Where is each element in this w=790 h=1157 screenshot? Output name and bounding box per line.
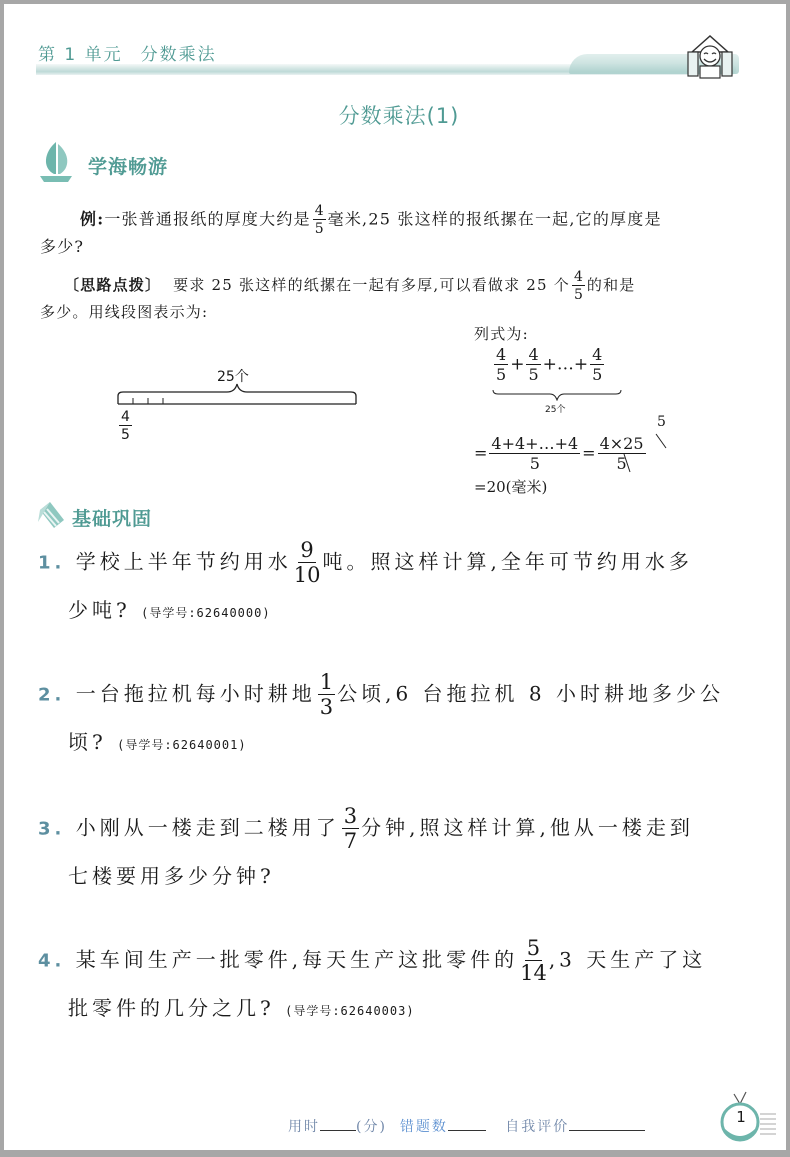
section-title-explore: 学海畅游 <box>88 152 168 179</box>
hint-label: 〔思路点拨〕 <box>64 276 161 294</box>
unit-topic: 分数乘法 <box>141 45 217 65</box>
equals-sign: = <box>474 444 487 463</box>
question-4: 4. 某车间生产一批零件,每天生产这批零件的514,3 天生产了这 批零件的几分… <box>38 938 706 1021</box>
hint-text: 的和是 <box>587 276 636 294</box>
time-label: 用时 <box>288 1119 320 1135</box>
underbrace-label: 25个 <box>545 402 565 415</box>
line-segment-diagram: 25个 45 <box>117 366 357 446</box>
fraction-denominator: 5 <box>121 426 130 442</box>
question-text: 顷? <box>68 730 107 754</box>
fraction: 45 <box>590 347 604 383</box>
formula-label: 列式为: <box>474 324 529 344</box>
fraction-numerator: 4 <box>590 347 604 365</box>
fraction-denominator: 3 <box>320 695 333 718</box>
time-unit: (分) <box>356 1119 387 1135</box>
example-line-1: 例:一张普通报纸的厚度大约是45毫米,25 张这样的报纸摞在一起,它的厚度是 <box>80 204 662 236</box>
example-label: 例: <box>80 210 104 229</box>
ellipsis: … <box>557 355 574 375</box>
question-line-2: 少吨? (导学号:62640000) <box>68 594 693 623</box>
equals-sign: = <box>582 444 595 463</box>
brace-and-segment <box>117 382 357 406</box>
lesson-title: 分数乘法(1) <box>4 100 790 130</box>
fraction: 514 <box>520 938 547 984</box>
example-text: 毫米,25 张这样的报纸摞在一起,它的厚度是 <box>328 210 662 229</box>
question-text: 学校上半年节约用水 <box>76 550 292 574</box>
question-line-1: 2. 一台拖拉机每小时耕地13公顷,6 台拖拉机 8 小时耕地多少公 <box>38 672 724 718</box>
fraction-denominator: 5 <box>528 365 538 383</box>
fraction-denominator: 5 <box>530 454 540 472</box>
question-line-1: 3. 小刚从一楼走到二楼用了37分钟,照这样计算,他从一楼走到 <box>38 806 694 852</box>
question-line-2: 批零件的几分之几? (导学号:62640003) <box>68 992 706 1021</box>
fraction-denominator: 14 <box>520 961 547 984</box>
guide-number: (导学号:62640003) <box>285 1004 414 1018</box>
cancel-strokes <box>616 428 676 474</box>
hint-line-1: 〔思路点拨〕 要求 25 张这样的纸摞在一起有多厚,可以看做求 25 个45的和… <box>64 270 636 302</box>
fraction: 13 <box>318 672 335 718</box>
fraction-denominator: 5 <box>496 365 506 383</box>
fraction-numerator: 1 <box>318 672 335 695</box>
question-text: 某车间生产一批零件,每天生产这批零件的 <box>76 948 518 972</box>
fraction-denominator: 5 <box>315 220 324 236</box>
errors-blank[interactable] <box>448 1118 486 1131</box>
guide-number: (导学号:62640000) <box>141 606 270 620</box>
question-text: 小刚从一楼走到二楼用了 <box>76 816 340 840</box>
time-blank[interactable] <box>320 1118 356 1131</box>
question-text: 批零件的几分之几? <box>68 996 275 1020</box>
self-eval-label: 自我评价 <box>505 1119 569 1135</box>
fraction: 45 <box>572 270 585 302</box>
guide-number: (导学号:62640001) <box>117 738 246 752</box>
question-1: 1. 学校上半年节约用水910吨。照这样计算,全年可节约用水多 少吨? (导学号… <box>38 540 693 623</box>
plus-sign: + <box>510 355 524 375</box>
question-number: 2. <box>38 685 65 706</box>
question-text: 七楼要用多少分钟? <box>68 864 275 888</box>
fraction: 45 <box>526 347 540 383</box>
example-line-2: 多少? <box>40 237 84 257</box>
hint-text: 要求 25 张这样的纸摞在一起有多厚,可以看做求 25 个 <box>173 276 570 294</box>
question-2: 2. 一台拖拉机每小时耕地13公顷,6 台拖拉机 8 小时耕地多少公 顷? (导… <box>38 672 724 755</box>
fraction-numerator: 4 <box>572 270 585 286</box>
fraction-numerator: 4+4+…+4 <box>489 436 580 454</box>
fraction-denominator: 7 <box>344 829 357 852</box>
underbrace <box>492 389 622 401</box>
question-number: 3. <box>38 819 65 840</box>
pencil-icon <box>36 500 66 532</box>
fraction: 45 <box>494 347 508 383</box>
fraction-numerator: 4 <box>526 347 540 365</box>
question-text: 分钟,照这样计算,他从一楼走到 <box>361 816 694 840</box>
plus-sign: + <box>574 355 588 375</box>
fraction-denominator: 5 <box>574 286 583 302</box>
question-number: 1. <box>38 553 65 574</box>
fraction-numerator: 9 <box>298 540 315 563</box>
fraction-numerator: 4 <box>119 410 132 426</box>
fraction: 910 <box>294 540 321 586</box>
question-text: 一台拖拉机每小时耕地 <box>76 682 316 706</box>
hint-line-2: 多少。用线段图表示为: <box>40 302 208 322</box>
question-line-1: 1. 学校上半年节约用水910吨。照这样计算,全年可节约用水多 <box>38 540 693 586</box>
question-text: 吨。照这样计算,全年可节约用水多 <box>322 550 692 574</box>
example-text: 一张普通报纸的厚度大约是 <box>104 210 310 229</box>
fraction-denominator: 10 <box>294 563 321 586</box>
self-eval-blank[interactable] <box>569 1118 645 1131</box>
question-number: 4. <box>38 951 65 972</box>
segment-fraction: 45 <box>119 410 132 442</box>
textbook-page: 第 1 单元分数乘法 分数乘法(1) 学海畅游 例:一张普通报纸的厚度大约是45… <box>4 4 786 1150</box>
question-3: 3. 小刚从一楼走到二楼用了37分钟,照这样计算,他从一楼走到 七楼要用多少分钟… <box>38 806 694 889</box>
fraction: 4+4+…+45 <box>489 436 580 472</box>
fraction-numerator: 3 <box>342 806 359 829</box>
formula-sum: 45+45+…+45 <box>492 347 606 383</box>
sailboat-icon <box>36 138 76 186</box>
fraction-numerator: 5 <box>525 938 542 961</box>
fraction-numerator: 4 <box>313 204 326 220</box>
fraction-denominator: 5 <box>592 365 602 383</box>
errors-label: 错题数 <box>400 1119 448 1135</box>
question-text: 公顷,6 台拖拉机 8 小时耕地多少公 <box>337 682 724 706</box>
smiling-child-reading-icon <box>684 32 736 82</box>
page-number: 1 <box>734 1108 748 1126</box>
plus-sign: + <box>543 355 557 375</box>
question-line-2: 七楼要用多少分钟? <box>68 860 694 889</box>
footer-self-check: 用时(分) 错题数 自我评价 <box>288 1116 645 1136</box>
question-text: 少吨? <box>68 598 131 622</box>
unit-label: 第 1 单元 <box>38 45 123 65</box>
unit-header: 第 1 单元分数乘法 <box>38 40 217 65</box>
question-text: ,3 天生产了这 <box>549 948 706 972</box>
fraction: 45 <box>313 204 326 236</box>
question-line-2: 顷? (导学号:62640001) <box>68 726 724 755</box>
fraction-numerator: 4 <box>494 347 508 365</box>
formula-result: =20(毫米) <box>474 476 547 497</box>
section-title-basics: 基础巩固 <box>72 504 152 531</box>
fraction: 37 <box>342 806 359 852</box>
question-line-1: 4. 某车间生产一批零件,每天生产这批零件的514,3 天生产了这 <box>38 938 706 984</box>
